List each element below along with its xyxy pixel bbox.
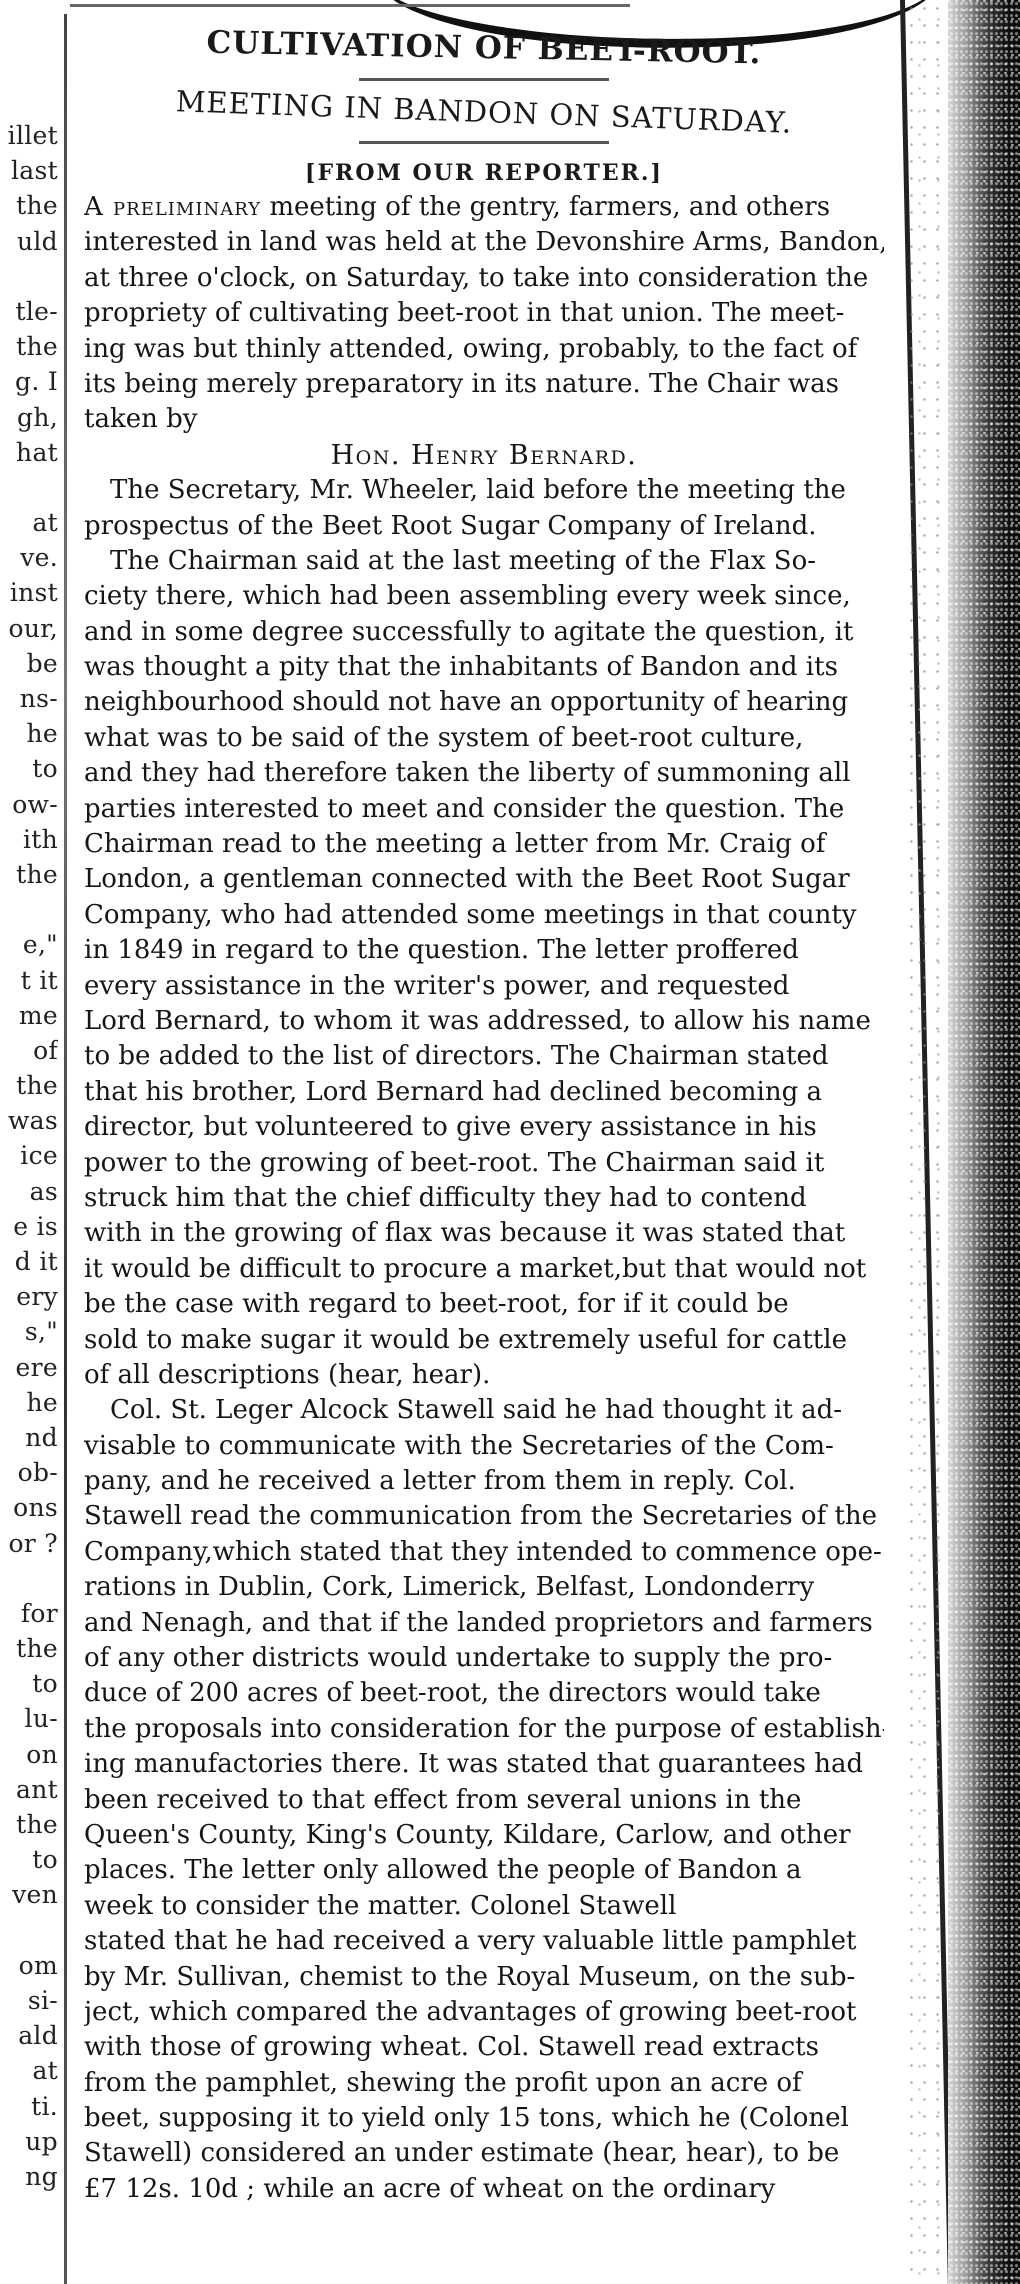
scan-speckle xyxy=(905,0,950,2284)
text-line: ciety there, which had been assembling e… xyxy=(84,579,884,614)
left-column-fragment: t it xyxy=(0,963,58,998)
text-line: been received to that effect from severa… xyxy=(84,1783,884,1818)
text-line: sold to make sugar it would be extremely… xyxy=(84,1323,884,1358)
left-column-fragment: uld xyxy=(0,224,58,259)
text-line: interested in land was held at the Devon… xyxy=(84,225,884,260)
text-line: places. The letter only allowed the peop… xyxy=(84,1853,884,1888)
text-line: rations in Dublin, Cork, Limerick, Belfa… xyxy=(84,1570,884,1605)
text-line: it would be difficult to procure a marke… xyxy=(84,1252,884,1287)
text-line: of any other districts would undertake t… xyxy=(84,1641,884,1676)
headline-rule xyxy=(359,78,609,81)
left-column-fragment xyxy=(0,470,58,505)
line-text: propriety of cultivating beet-root in th… xyxy=(84,298,844,328)
left-column-fragment: ald xyxy=(0,2018,58,2053)
text-line: to be added to the list of directors. Th… xyxy=(84,1039,884,1074)
subheadline-rule xyxy=(359,141,609,144)
left-column-fragment: e," xyxy=(0,927,58,962)
left-column-fragment: at xyxy=(0,2053,58,2088)
left-column-fragment: or ? xyxy=(0,1526,58,1561)
text-line: with those of growing wheat. Col. Stawel… xyxy=(84,2030,884,2065)
text-line: in 1849 in regard to the question. The l… xyxy=(84,933,884,968)
text-line: London, a gentleman connected with the B… xyxy=(84,862,884,897)
left-column-fragment: ns- xyxy=(0,681,58,716)
text-line: Chairman read to the meeting a letter fr… xyxy=(84,827,884,862)
byline: [FROM OUR REPORTER.] xyxy=(84,160,884,186)
left-column-fragment: lu- xyxy=(0,1701,58,1736)
left-column-fragment: the xyxy=(0,329,58,364)
text-line: parties interested to meet and consider … xyxy=(84,792,884,827)
text-line: and they had therefore taken the liberty… xyxy=(84,756,884,791)
headline: CULTIVATION OF BEET-ROOT. xyxy=(84,22,885,73)
text-line: Lord Bernard, to whom it was addressed, … xyxy=(84,1004,884,1039)
left-column-fragment: the xyxy=(0,1631,58,1666)
text-line: Company, who had attended some meetings … xyxy=(84,898,884,933)
left-column-fragment: the xyxy=(0,1068,58,1103)
left-column-fragment: ice xyxy=(0,1138,58,1173)
left-column-fragment xyxy=(0,892,58,927)
left-column-fragment: ti. xyxy=(0,2089,58,2124)
left-column-fragment: of xyxy=(0,1033,58,1068)
text-line: power to the growing of beet-root. The C… xyxy=(84,1146,884,1181)
line-text: its being merely preparatory in its natu… xyxy=(84,369,839,399)
left-column-fragment: ven xyxy=(0,1877,58,1912)
left-column-fragment: the xyxy=(0,1807,58,1842)
left-column-fragment xyxy=(0,1913,58,1948)
text-line: what was to be said of the system of bee… xyxy=(84,721,884,756)
text-line: Queen's County, King's County, Kildare, … xyxy=(84,1818,884,1853)
left-column-fragment: inst xyxy=(0,575,58,610)
text-line: and Nenagh, and that if the landed propr… xyxy=(84,1606,884,1641)
text-line: A preliminary meeting of the gentry, far… xyxy=(84,190,884,225)
left-column-fragment: for xyxy=(0,1596,58,1631)
text-line: beet, supposing it to yield only 15 tons… xyxy=(84,2101,884,2136)
text-line: the proposals into consideration for the… xyxy=(84,1712,884,1747)
left-column-fragment: si- xyxy=(0,1983,58,2018)
left-column-fragment: be xyxy=(0,646,58,681)
text-line: week to consider the matter. Colonel Sta… xyxy=(84,1889,884,1924)
left-column-fragment: me xyxy=(0,998,58,1033)
left-column-fragment: ow- xyxy=(0,787,58,822)
left-column-fragment xyxy=(0,1561,58,1596)
text-line: be the case with regard to beet-root, fo… xyxy=(84,1287,884,1322)
chairman-name: Hon. Henry Bernard. xyxy=(84,438,884,473)
column-rule-left xyxy=(64,14,67,2284)
text-line: of all descriptions (hear, hear). xyxy=(84,1358,884,1393)
left-column-fragment: on xyxy=(0,1737,58,1772)
text-line: its being merely preparatory in its natu… xyxy=(84,367,884,402)
left-column-fragment: our, xyxy=(0,611,58,646)
text-line: ing manufactories there. It was stated t… xyxy=(84,1747,884,1782)
left-column-fragment: e is xyxy=(0,1209,58,1244)
text-line: director, but volunteered to give every … xyxy=(84,1110,884,1145)
text-line: neighbourhood should not have an opportu… xyxy=(84,685,884,720)
left-column-fragment: illet xyxy=(0,118,58,153)
left-column-fragment: was xyxy=(0,1103,58,1138)
text-line: stated that he had received a very valua… xyxy=(84,1924,884,1959)
text-line: from the pamphlet, shewing the profit up… xyxy=(84,2066,884,2101)
paragraph-first-line: Col. St. Leger Alcock Stawell said he ha… xyxy=(84,1393,884,1428)
left-column-fragment: tle- xyxy=(0,294,58,329)
left-column-fragment: up xyxy=(0,2124,58,2159)
left-column-fragment: ery xyxy=(0,1279,58,1314)
line-text: ing was but thinly attended, owing, prob… xyxy=(84,334,857,364)
left-column-fragment xyxy=(0,259,58,294)
text-line: was thought a pity that the inhabitants … xyxy=(84,650,884,685)
left-column-fragment: d it xyxy=(0,1244,58,1279)
left-column-fragment: to xyxy=(0,1842,58,1877)
left-column-fragment: ng xyxy=(0,2159,58,2194)
binding-shadow xyxy=(948,0,1020,2284)
left-column-fragment: hat xyxy=(0,435,58,470)
article-body: A preliminary meeting of the gentry, far… xyxy=(84,190,884,2207)
line-text: meeting of the gentry, farmers, and othe… xyxy=(261,192,830,222)
left-column-fragment: g. I xyxy=(0,364,58,399)
text-line: struck him that the chief difficulty the… xyxy=(84,1181,884,1216)
text-line: that his brother, Lord Bernard had decli… xyxy=(84,1075,884,1110)
text-line: Company,which stated that they intended … xyxy=(84,1535,884,1570)
paragraph-first-line: The Chairman said at the last meeting of… xyxy=(84,544,884,579)
left-column-fragment: to xyxy=(0,751,58,786)
left-column-fragment: ons xyxy=(0,1490,58,1525)
lead-in-small-caps: A preliminary xyxy=(84,192,261,222)
left-column-fragment: to xyxy=(0,1666,58,1701)
text-line: with in the growing of flax was because … xyxy=(84,1216,884,1251)
text-line: Stawell) considered an under estimate (h… xyxy=(84,2136,884,2171)
left-column-fragment: ob- xyxy=(0,1455,58,1490)
text-line: £7 12s. 10d ; while an acre of wheat on … xyxy=(84,2172,884,2207)
left-column-fragment: he xyxy=(0,1385,58,1420)
line-text: taken by xyxy=(84,404,197,434)
left-column-fragment: ere xyxy=(0,1350,58,1385)
text-line: prospectus of the Beet Root Sugar Compan… xyxy=(84,509,884,544)
subheadline: MEETING IN BANDON ON SATURDAY. xyxy=(84,81,885,143)
left-column-fragment: gh, xyxy=(0,400,58,435)
left-column-fragment: ith xyxy=(0,822,58,857)
text-line: ject, which compared the advantages of g… xyxy=(84,1995,884,2030)
text-line: ing was but thinly attended, owing, prob… xyxy=(84,332,884,367)
left-column-fragment: the xyxy=(0,857,58,892)
text-line: propriety of cultivating beet-root in th… xyxy=(84,296,884,331)
text-line: and in some degree successfully to agita… xyxy=(84,615,884,650)
text-line: pany, and he received a letter from them… xyxy=(84,1464,884,1499)
paragraph-first-line: The Secretary, Mr. Wheeler, laid before … xyxy=(84,473,884,508)
text-line: every assistance in the writer's power, … xyxy=(84,969,884,1004)
left-column-fragment: om xyxy=(0,1948,58,1983)
left-column-fragment: at xyxy=(0,505,58,540)
left-column-fragment: nd xyxy=(0,1420,58,1455)
text-line: by Mr. Sullivan, chemist to the Royal Mu… xyxy=(84,1960,884,1995)
text-line: Stawell read the communication from the … xyxy=(84,1499,884,1534)
article: CULTIVATION OF BEET-ROOT. MEETING IN BAN… xyxy=(84,14,884,2207)
left-column-fragment: last xyxy=(0,153,58,188)
line-text: interested in land was held at the Devon… xyxy=(84,227,884,257)
text-line: duce of 200 acres of beet-root, the dire… xyxy=(84,1676,884,1711)
line-text: at three o'clock, on Saturday, to take i… xyxy=(84,263,868,293)
top-thin-rule xyxy=(70,4,630,7)
left-column-fragment: s," xyxy=(0,1314,58,1349)
left-column-fragment: ant xyxy=(0,1772,58,1807)
text-line: taken by xyxy=(84,402,884,437)
text-line: at three o'clock, on Saturday, to take i… xyxy=(84,261,884,296)
left-column-fragment: the xyxy=(0,188,58,223)
text-line: visable to communicate with the Secretar… xyxy=(84,1429,884,1464)
left-column-fragments: illetlasttheuld tle-theg. Igh,hat atve.i… xyxy=(0,118,58,2194)
left-column-fragment: ve. xyxy=(0,540,58,575)
left-column-fragment: he xyxy=(0,716,58,751)
left-column-fragment: as xyxy=(0,1174,58,1209)
